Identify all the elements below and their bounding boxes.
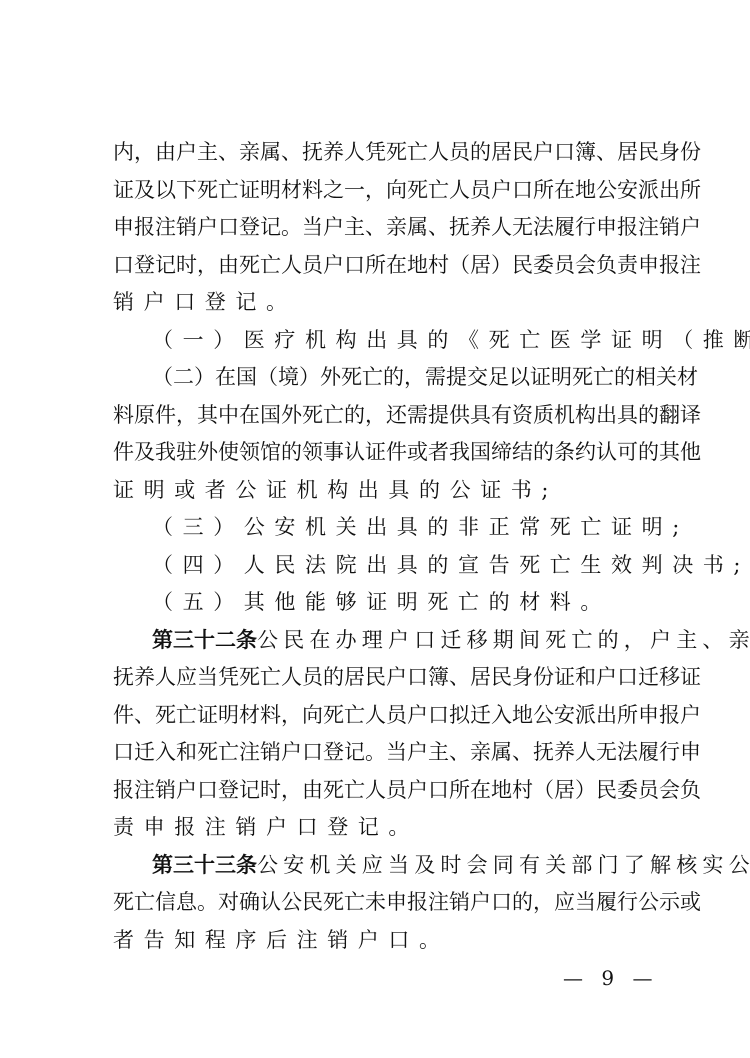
text-line: 抚养人应当凭死亡人员的居民户口簿、居民身份证和户口迁移证 [113, 662, 651, 692]
list-item-2: （二）在国（境）外死亡的，需提交足以证明死亡的相关材 [152, 362, 651, 392]
text-line: 证明或者公证机构出具的公证书; [113, 475, 651, 505]
article-heading: 第三十二条 [152, 625, 257, 655]
text-line: 报注销户口登记时，由死亡人员户口所在地村（居）民委员会负 [113, 775, 651, 805]
text-segment: 公民在办理户口迁移期间死亡的，户主、亲属、 [257, 625, 750, 655]
text-line: 者告知程序后注销户口。 [113, 925, 651, 955]
text-line: 证及以下死亡证明材料之一，向死亡人员户口所在地公安派出所 [113, 175, 651, 205]
text-line: 销户口登记。 [113, 287, 651, 317]
article-33-line: 第三十三条 公安机关应当及时会同有关部门了解核实公民 [152, 850, 651, 880]
text-segment: 公安机关应当及时会同有关部门了解核实公民 [257, 850, 750, 880]
text-line: 件、死亡证明材料，向死亡人员户口拟迁入地公安派出所申报户 [113, 700, 651, 730]
page-number: — 9 — [563, 965, 658, 991]
text-line: 申报注销户口登记。当户主、亲属、抚养人无法履行申报注销户 [113, 212, 651, 242]
list-item-3: （三）公安机关出具的非正常死亡证明; [152, 512, 651, 542]
text-line: 死亡信息。对确认公民死亡未申报注销户口的，应当履行公示或 [113, 887, 651, 917]
list-item-4: （四）人民法院出具的宣告死亡生效判决书; [152, 550, 651, 580]
text-line: 责申报注销户口登记。 [113, 812, 651, 842]
text-line: 件及我驻外使领馆的领事认证件或者我国缔结的条约认可的其他 [113, 437, 651, 467]
text-line: 料原件，其中在国外死亡的，还需提供具有资质机构出具的翻译 [113, 400, 651, 430]
list-item-5: （五）其他能够证明死亡的材料。 [152, 587, 651, 617]
list-item-1: （一）医疗机构出具的《死亡医学证明（推断）书》; [152, 325, 651, 355]
article-heading: 第三十三条 [152, 850, 257, 880]
text-line: 内，由户主、亲属、抚养人凭死亡人员的居民户口簿、居民身份 [113, 137, 651, 167]
article-32-line: 第三十二条 公民在办理户口迁移期间死亡的，户主、亲属、 [152, 625, 651, 655]
document-page: 内，由户主、亲属、抚养人凭死亡人员的居民户口簿、居民身份 证及以下死亡证明材料之… [0, 0, 750, 1058]
text-line: 口迁入和死亡注销户口登记。当户主、亲属、抚养人无法履行申 [113, 737, 651, 767]
text-line: 口登记时，由死亡人员户口所在地村（居）民委员会负责申报注 [113, 250, 651, 280]
